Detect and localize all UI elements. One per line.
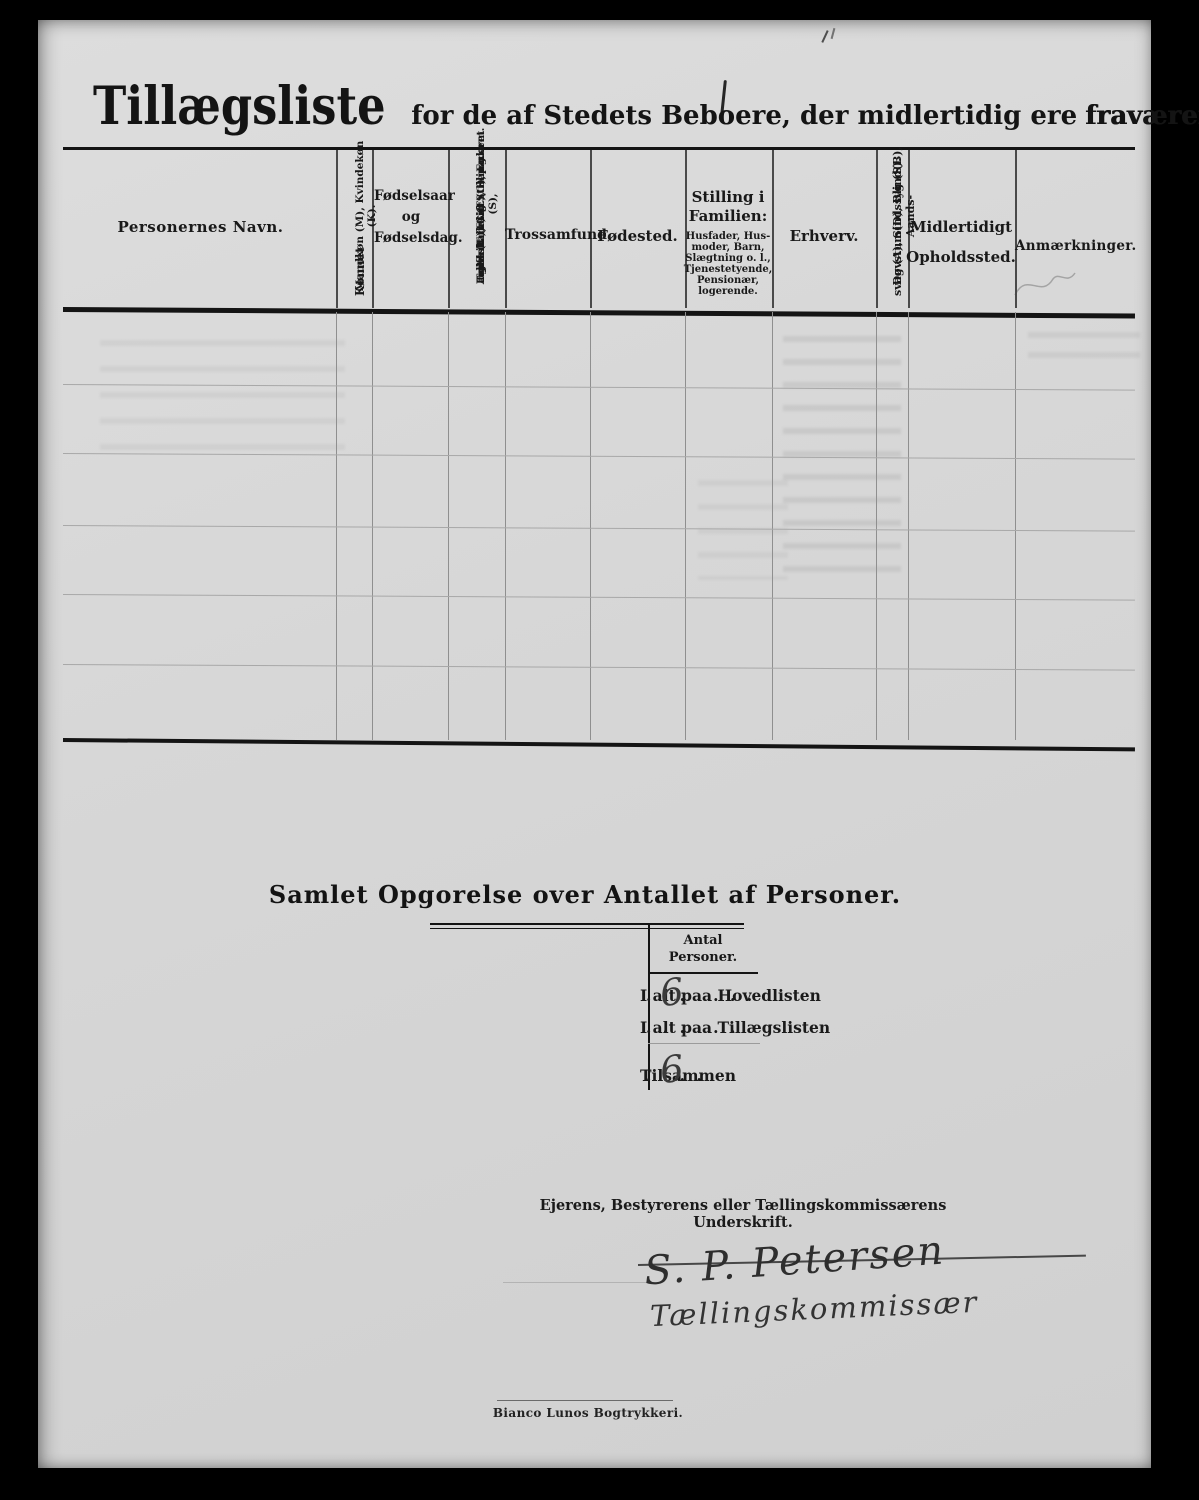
column-header-line: Midlertidigt	[906, 212, 1016, 242]
title-underline	[63, 147, 1135, 150]
bleed-through-smudge	[1028, 332, 1140, 372]
column-divider	[876, 150, 878, 308]
summary-column-header-line: Personer.	[650, 949, 756, 966]
column-header-line: Fødselsaar	[374, 186, 448, 207]
column-header-line: Slægtning o. l.,	[683, 253, 773, 264]
column-divider	[772, 312, 773, 740]
column-header-line: logerende.	[683, 286, 773, 297]
column-divider	[505, 312, 506, 740]
title-emphasis: fraværende.	[1085, 101, 1199, 131]
table-row-line	[63, 594, 1135, 601]
signature-role-handwritten: Tællingskommissær	[649, 1285, 979, 1333]
ink-stroke	[831, 28, 836, 39]
signature-baseline	[503, 1282, 661, 1283]
column-divider	[448, 312, 449, 740]
column-header-line: Fødselsdag.	[374, 228, 448, 249]
pencil-squiggle	[1013, 263, 1077, 305]
column-divider	[685, 312, 686, 740]
column-divider	[876, 312, 877, 740]
printer-imprint: Bianco Lunos Bogtrykkeri.	[460, 1406, 716, 1420]
column-header-line: Opholdssted.	[906, 242, 1016, 272]
hovedlisten-value-handwritten: 6	[658, 970, 686, 1015]
scan-background: { "colors": { "background": "#000000", "…	[0, 0, 1199, 1500]
column-divider	[336, 150, 338, 308]
column-header-line: Tjenestetyende,	[683, 264, 773, 275]
dot-leader: . . . . . .	[646, 1018, 738, 1037]
column-header-line: Fraskilt (F).	[476, 214, 488, 284]
summary-top-rule	[430, 923, 744, 929]
column-header-line: moder, Barn,	[683, 242, 773, 253]
signature-name-handwritten: S. P. Petersen	[643, 1228, 947, 1295]
column-header-midlertidigt-opholdssted: Midlertidigt Opholdssted.	[906, 212, 1016, 272]
ink-stroke	[821, 30, 828, 43]
column-header-trossamfund: Trossamfund.	[505, 227, 590, 243]
column-header-anmaerkninger: Anmærkninger.	[1015, 238, 1135, 254]
summary-subtotal-line	[648, 1043, 760, 1044]
signature-caption: Ejerens, Bestyrerens eller Tællingskommi…	[527, 1197, 959, 1231]
column-divider	[590, 312, 591, 740]
bleed-through-smudge	[698, 480, 788, 580]
table-row-line	[63, 525, 1135, 532]
column-header-line: og	[374, 207, 448, 228]
bleed-through-smudge	[100, 340, 345, 468]
title-main: Tillægsliste	[93, 76, 386, 137]
document-page: Tillægsliste for de af Stedets Beboere, …	[38, 20, 1151, 1468]
printer-rule	[497, 1400, 673, 1401]
summary-column-header-line: Antal	[650, 932, 756, 949]
table-row-line	[63, 664, 1135, 671]
table-bottom-rule	[63, 738, 1135, 751]
tilsammen-value-handwritten: 6	[658, 1047, 686, 1092]
header-bottom-rule	[63, 307, 1135, 319]
column-header-foedested: Fødested.	[590, 227, 685, 245]
page-title: Tillægsliste for de af Stedets Beboere, …	[93, 76, 1199, 137]
column-header-line: Husfader, Hus-	[683, 231, 773, 242]
column-divider	[448, 150, 450, 308]
column-header-line: Stilling i	[683, 188, 773, 207]
column-header-foedselsaar: Fødselsaar og Fødselsdag.	[374, 186, 448, 249]
column-divider	[1015, 312, 1016, 740]
column-header-personernes-navn: Personernes Navn.	[68, 218, 333, 236]
bleed-through-smudge	[783, 336, 901, 574]
title-subtitle: for de af Stedets Beboere, der midlertid…	[411, 101, 1077, 131]
column-header-erhverv: Erhverv.	[772, 227, 876, 245]
column-header-line: svag (A), Sindssyg (S).	[892, 158, 905, 296]
column-header-stilling-i-familien: Stilling i Familien: Husfader, Hus- mode…	[683, 188, 773, 297]
summary-heading: Samlet Opgorelse over Antallet af Person…	[235, 880, 935, 909]
column-divider	[908, 312, 909, 740]
summary-column-header: Antal Personer.	[650, 932, 756, 966]
column-header-line: Familien:	[683, 207, 773, 226]
column-header-line: Pensionær,	[683, 275, 773, 286]
